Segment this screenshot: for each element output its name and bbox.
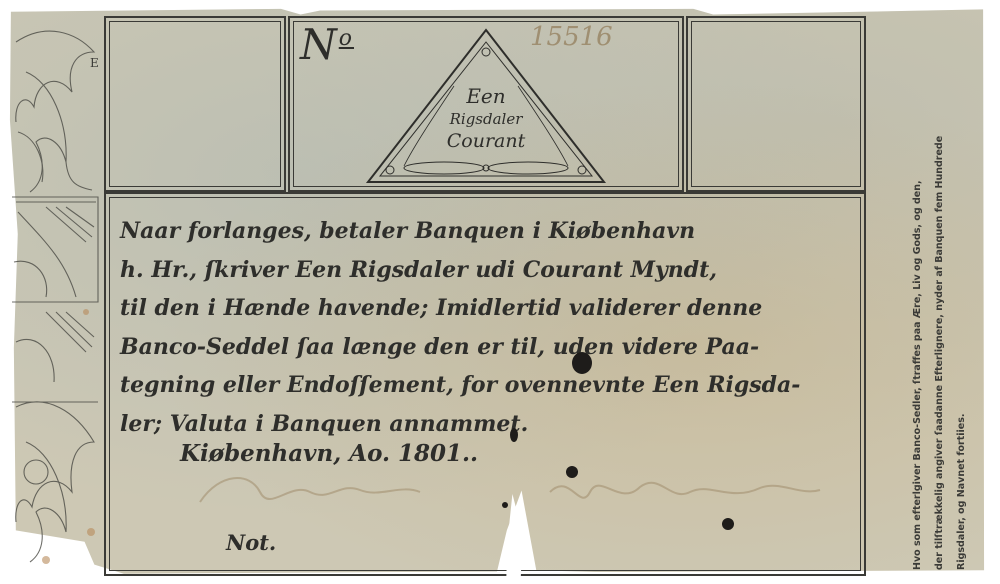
number-prefix: N: [300, 20, 339, 69]
acanthus-ornament-border: [6, 12, 102, 572]
denomination-triangle: Een Rigsdaler Courant: [364, 26, 608, 186]
promise-line: tegning eller Endoſſement, for ovennevnt…: [120, 366, 860, 405]
ink-stain: [722, 518, 734, 530]
promise-line: ler; Valuta i Banquen annammet.: [120, 405, 860, 444]
number-mark: No: [300, 20, 354, 69]
ink-stain: [510, 428, 518, 442]
denomination-line-2: Rigsdaler: [364, 110, 608, 128]
side-warning-line: Rigsdaler, og Navnet fortiies.: [951, 30, 973, 570]
ink-stain: [566, 466, 578, 478]
promise-line: h. Hr., ſkriver Een Rigsdaler udi Couran…: [120, 251, 860, 290]
handwritten-signature: [190, 462, 830, 522]
ink-stain: [502, 502, 508, 508]
not-label: Not.: [226, 530, 276, 555]
promise-line: Naar forlanges, betaler Banquen i Kiøben…: [120, 212, 860, 251]
denomination-line-3: Courant: [364, 130, 608, 152]
top-right-panel: [686, 16, 866, 192]
promise-text: Naar forlanges, betaler Banquen i Kiøben…: [120, 212, 860, 443]
side-warning-line: der tilſtrækkelig angiver ſaadanne Efter…: [929, 30, 951, 570]
denomination-line-1: Een: [364, 84, 608, 108]
top-left-panel: [104, 16, 286, 192]
promise-line: Banco-Seddel ſaa længe den er til, uden …: [120, 328, 860, 367]
ink-stain: [572, 352, 592, 374]
corner-letter: E: [90, 56, 99, 70]
side-warning-line: Hvo som efterlgiver Banco-Sedler, ſtraff…: [907, 30, 929, 570]
number-suffix: o: [339, 26, 354, 51]
promise-line: til den i Hænde havende; Imidlertid vali…: [120, 289, 860, 328]
side-warning-text: Hvo som efterlgiver Banco-Sedler, ſtraff…: [907, 30, 973, 570]
